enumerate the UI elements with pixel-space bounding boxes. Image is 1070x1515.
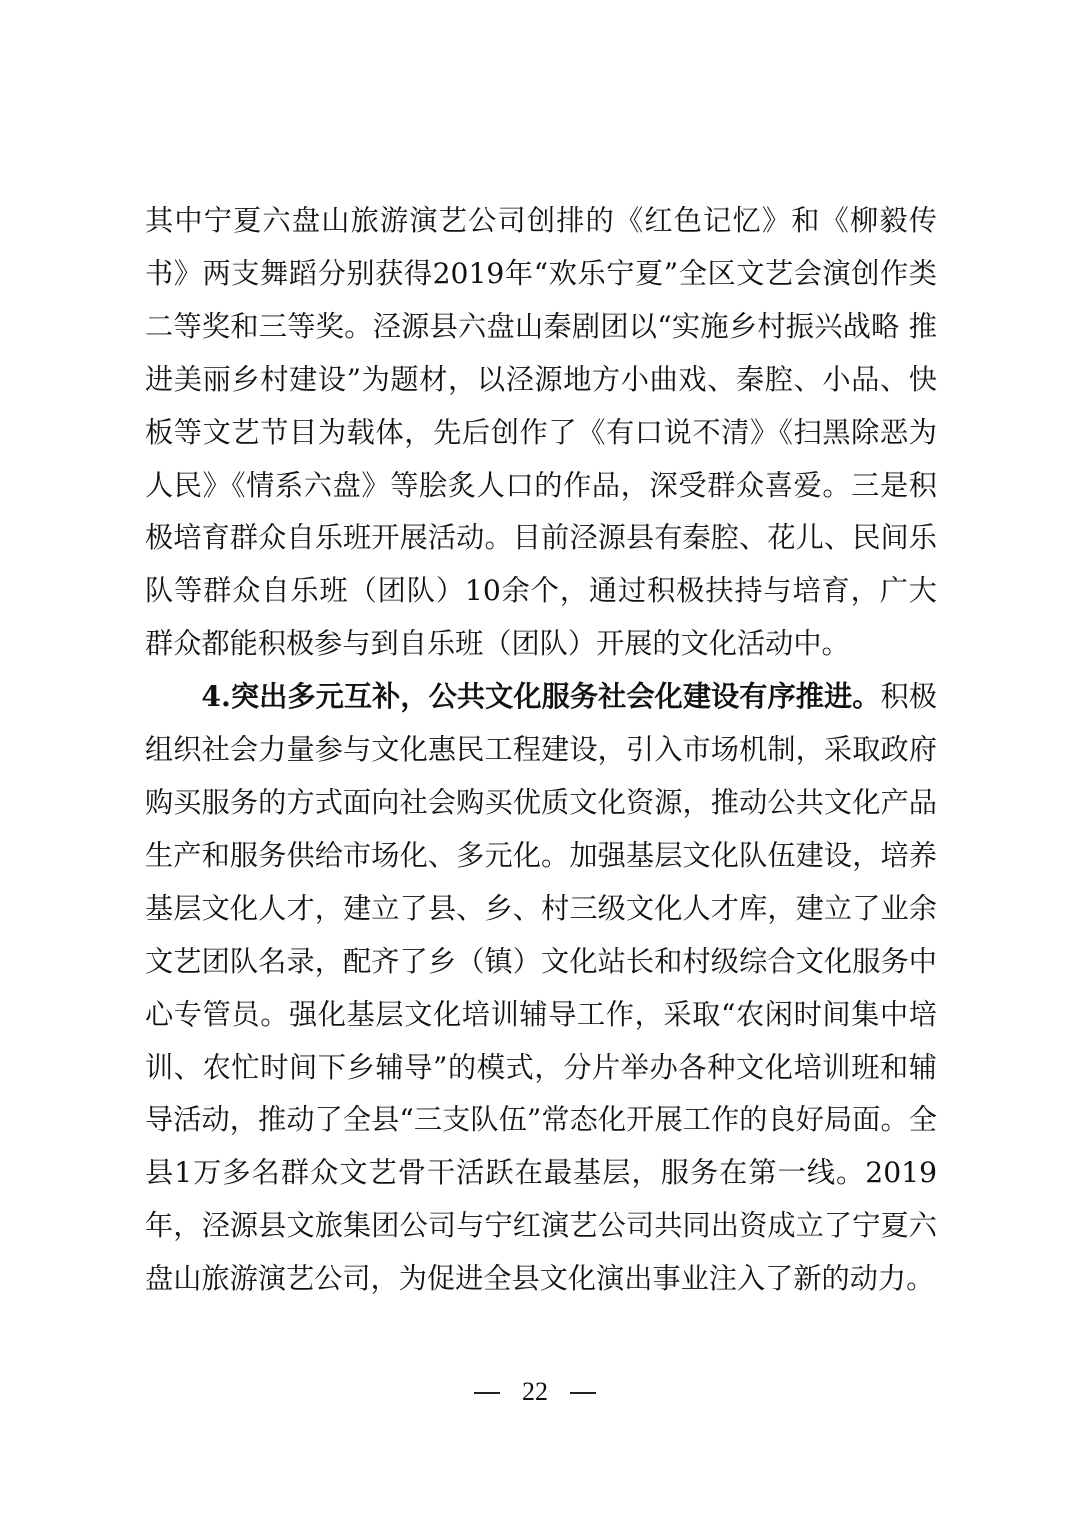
- document-body: 其中宁夏六盘山旅游演艺公司创排的《红色记忆》和《柳毅传书》两支舞蹈分别获得201…: [145, 195, 937, 1306]
- paragraph-1: 其中宁夏六盘山旅游演艺公司创排的《红色记忆》和《柳毅传书》两支舞蹈分别获得201…: [145, 195, 937, 671]
- right-dash-decoration: [570, 1392, 596, 1394]
- page-footer: 22: [0, 1374, 1070, 1410]
- left-dash-decoration: [474, 1392, 500, 1394]
- section-4-heading: 4.突出多元互补，公共文化服务社会化建设有序推进。: [201, 680, 880, 713]
- paragraph-2: 4.突出多元互补，公共文化服务社会化建设有序推进。积极组织社会力量参与文化惠民工…: [145, 671, 937, 1306]
- paragraph-1-text: 其中宁夏六盘山旅游演艺公司创排的《红色记忆》和《柳毅传书》两支舞蹈分别获得201…: [145, 204, 937, 660]
- page-number: 22: [522, 1377, 548, 1406]
- paragraph-2-text: 积极组织社会力量参与文化惠民工程建设，引入市场机制，采取政府购买服务的方式面向社…: [145, 680, 937, 1295]
